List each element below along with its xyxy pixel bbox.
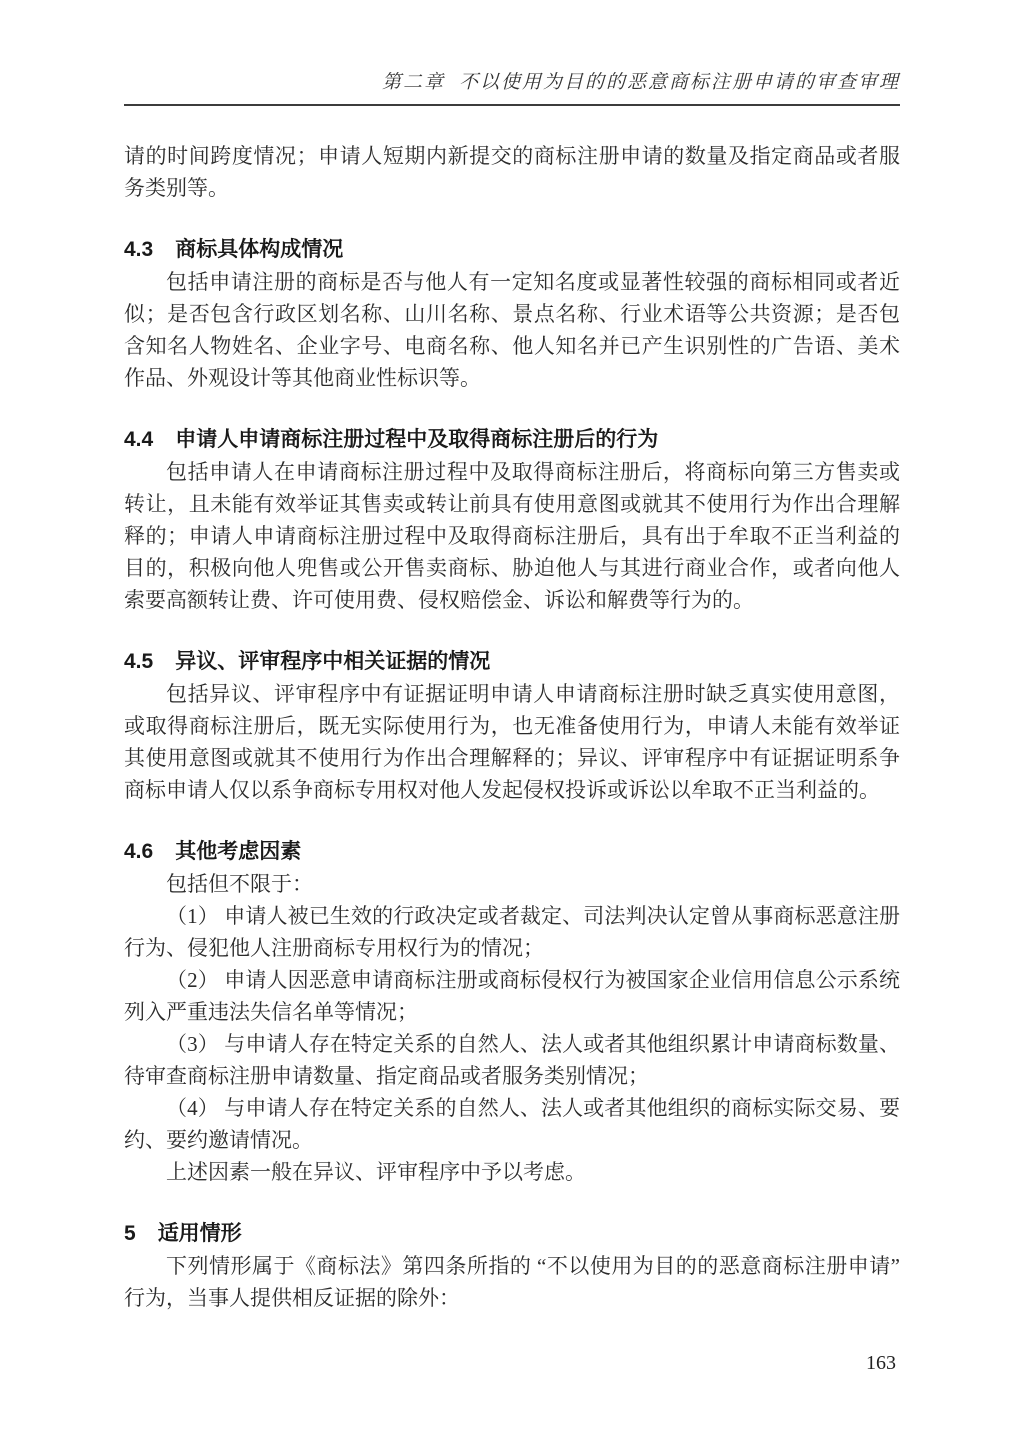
section-number: 5 <box>124 1218 136 1250</box>
section-title: 其他考虑因素 <box>175 840 301 863</box>
section-heading-5: 5适用情形 <box>124 1218 900 1250</box>
section-number: 4.4 <box>124 424 153 456</box>
section-heading-4-4: 4.4申请人申请商标注册过程中及取得商标注册后的行为 <box>124 424 900 456</box>
section-title: 申请人申请商标注册过程中及取得商标注册后的行为 <box>175 428 658 451</box>
section-number: 4.5 <box>124 646 153 678</box>
section-4-5: 4.5异议、评审程序中相关证据的情况 包括异议、评审程序中有证据证明申请人申请商… <box>124 646 900 806</box>
list-item-2: （2） 申请人因恶意申请商标注册或商标侵权行为被国家企业信用信息公示系统列入严重… <box>124 964 900 1028</box>
chapter-label: 第二章 <box>382 72 445 93</box>
chapter-title: 不以使用为目的的恶意商标注册申请的审查审理 <box>459 72 900 93</box>
section-4-6: 4.6其他考虑因素 包括但不限于： （1） 申请人被已生效的行政决定或者裁定、司… <box>124 836 900 1188</box>
section-title: 异议、评审程序中相关证据的情况 <box>175 650 490 673</box>
list-item-4: （4） 与申请人存在特定关系的自然人、法人或者其他组织的商标实际交易、要约、要约… <box>124 1092 900 1156</box>
section-closing-paragraph: 上述因素一般在异议、评审程序中予以考虑。 <box>124 1156 900 1188</box>
section-number: 4.3 <box>124 234 153 266</box>
document-body: 请的时间跨度情况；申请人短期内新提交的商标注册申请的数量及指定商品或者服务类别等… <box>124 106 900 1314</box>
section-paragraph: 包括申请注册的商标是否与他人有一定知名度或显著性较强的商标相同或者近似；是否包含… <box>124 266 900 394</box>
section-paragraph: 包括申请人在申请商标注册过程中及取得商标注册后，将商标向第三方售卖或转让，且未能… <box>124 456 900 616</box>
running-header: 第二章不以使用为目的的恶意商标注册申请的审查审理 <box>124 0 900 95</box>
section-paragraph: 下列情形属于《商标法》第四条所指的 “不以使用为目的的恶意商标注册申请” 行为，… <box>124 1250 900 1314</box>
intro-continuation-paragraph: 请的时间跨度情况；申请人短期内新提交的商标注册申请的数量及指定商品或者服务类别等… <box>124 140 900 204</box>
list-item-3: （3） 与申请人存在特定关系的自然人、法人或者其他组织累计申请商标数量、待审查商… <box>124 1028 900 1092</box>
section-number: 4.6 <box>124 836 153 868</box>
section-4-4: 4.4申请人申请商标注册过程中及取得商标注册后的行为 包括申请人在申请商标注册过… <box>124 424 900 616</box>
section-title: 商标具体构成情况 <box>175 238 343 261</box>
section-5: 5适用情形 下列情形属于《商标法》第四条所指的 “不以使用为目的的恶意商标注册申… <box>124 1218 900 1314</box>
section-heading-4-5: 4.5异议、评审程序中相关证据的情况 <box>124 646 900 678</box>
section-paragraph: 包括异议、评审程序中有证据证明申请人申请商标注册时缺乏真实使用意图，或取得商标注… <box>124 678 900 806</box>
section-4-3: 4.3商标具体构成情况 包括申请注册的商标是否与他人有一定知名度或显著性较强的商… <box>124 234 900 394</box>
section-heading-4-6: 4.6其他考虑因素 <box>124 836 900 868</box>
list-item-1: （1） 申请人被已生效的行政决定或者裁定、司法判决认定曾从事商标恶意注册行为、侵… <box>124 900 900 964</box>
document-page: 第二章不以使用为目的的恶意商标注册申请的审查审理 请的时间跨度情况；申请人短期内… <box>0 0 1024 1439</box>
section-paragraph: 包括但不限于： <box>124 868 900 900</box>
page-number: 163 <box>866 1350 896 1376</box>
section-heading-4-3: 4.3商标具体构成情况 <box>124 234 900 266</box>
section-title: 适用情形 <box>158 1222 242 1245</box>
